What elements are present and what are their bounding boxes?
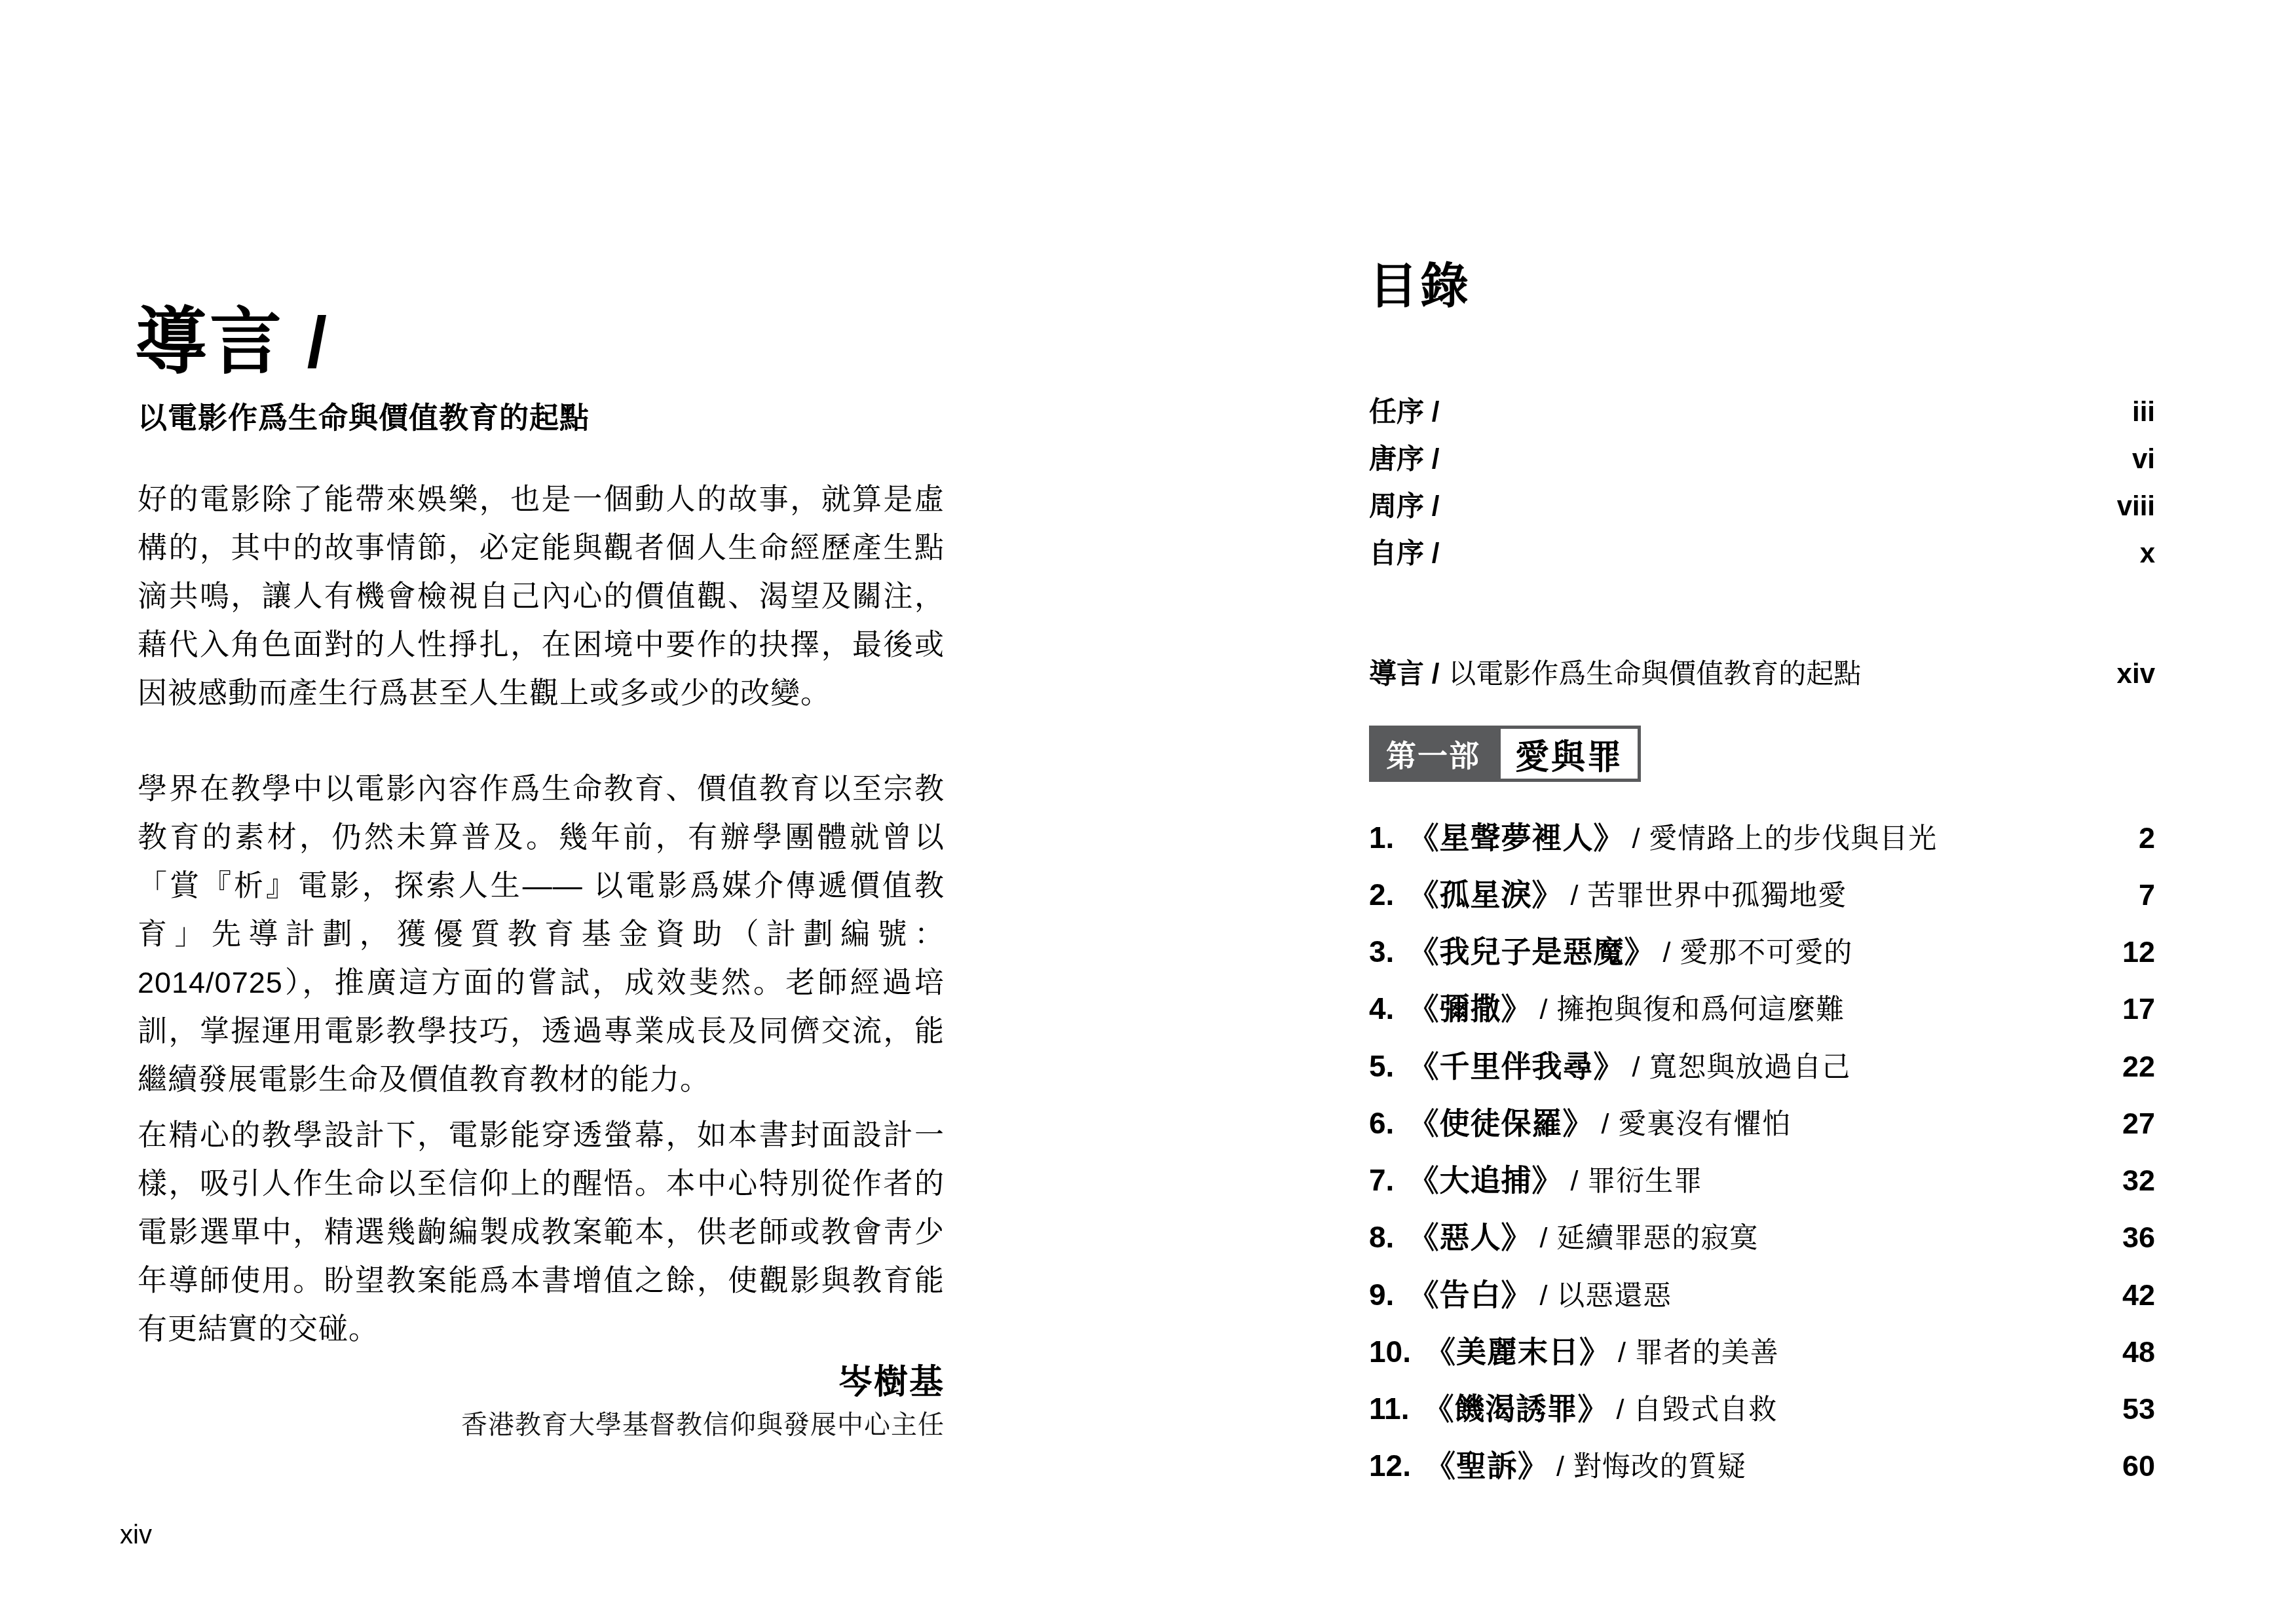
chapter-number: 11. <box>1369 1391 1409 1426</box>
front-matter-label: 自序 / <box>1369 532 1439 571</box>
toc-chapter-row: 2. 《孤星淚》 / 苦罪世界中孤獨地愛 7 <box>1369 871 2155 914</box>
part-title-label: 愛與罪 <box>1497 726 1641 782</box>
part-number-label: 第一部 <box>1369 726 1497 782</box>
chapter-title: 《我兒子是惡魔》 <box>1408 928 1655 971</box>
chapter-subtitle: / 對悔改的質疑 <box>1556 1445 1746 1485</box>
chapter-title: 《美麗末日》 <box>1425 1328 1610 1371</box>
toc-chapter-row: 12. 《聖訴》 / 對悔改的質疑 60 <box>1369 1442 2155 1485</box>
chapter-title: 《大追捕》 <box>1408 1156 1562 1200</box>
toc-intro-description: 以電影作爲生命與價值教育的起點 <box>1448 652 1861 692</box>
intro-page-title: 導言 / <box>135 306 329 378</box>
chapter-page: 27 <box>2122 1107 2155 1141</box>
chapter-page: 60 <box>2122 1449 2155 1483</box>
chapter-page: 2 <box>2139 821 2155 855</box>
chapter-subtitle: / 愛裏沒有懼怕 <box>1601 1102 1791 1142</box>
front-matter-label: 唐序 / <box>1369 437 1439 477</box>
chapter-title: 《聖訴》 <box>1425 1442 1549 1485</box>
chapter-number: 8. <box>1369 1219 1394 1255</box>
intro-paragraph-3: 在精心的教學設計下，電影能穿透螢幕，如本書封面設計一樣，吸引人作生命以至信仰上的… <box>138 1111 945 1354</box>
signature-name: 岑樹基 <box>138 1354 945 1403</box>
chapter-subtitle: / 罪衍生罪 <box>1570 1159 1702 1199</box>
left-page-folio: xiv <box>120 1521 152 1550</box>
chapter-number: 2. <box>1369 877 1394 912</box>
toc-chapter-row: 10. 《美麗末日》 / 罪者的美善 48 <box>1369 1328 2155 1371</box>
chapter-page: 22 <box>2122 1050 2155 1084</box>
toc-front-matter-row: 自序 / x <box>1369 532 2155 571</box>
chapter-subtitle: / 罪者的美善 <box>1618 1331 1779 1371</box>
toc-chapter-row: 5. 《千里伴我尋》 / 寬恕與放過自己 22 <box>1369 1043 2155 1086</box>
chapter-subtitle: / 愛那不可愛的 <box>1662 931 1852 970</box>
toc-chapter-row: 11. 《饑渴誘罪》 / 自毀式自救 53 <box>1369 1385 2155 1428</box>
chapter-number: 10. <box>1369 1334 1411 1369</box>
toc-intro-row: 導言 / 以電影作爲生命與價值教育的起點 xiv <box>1369 652 2155 692</box>
front-matter-label: 周序 / <box>1369 485 1439 524</box>
chapter-number: 12. <box>1369 1448 1411 1483</box>
chapter-title: 《惡人》 <box>1408 1213 1531 1257</box>
chapter-subtitle: / 以惡還惡 <box>1539 1274 1672 1314</box>
chapter-subtitle: / 寬恕與放過自己 <box>1632 1045 1850 1085</box>
toc-chapter-row: 9. 《告白》 / 以惡還惡 42 <box>1369 1271 2155 1314</box>
chapter-title: 《彌撒》 <box>1408 985 1531 1028</box>
toc-front-matter-row: 任序 / iii <box>1369 390 2155 430</box>
chapter-number: 9. <box>1369 1277 1394 1312</box>
intro-page-subtitle: 以電影作爲生命與價值教育的起點 <box>138 394 590 437</box>
front-matter-page: x <box>2140 538 2155 569</box>
toc-front-matter-row: 周序 / viii <box>1369 485 2155 524</box>
chapter-number: 5. <box>1369 1048 1394 1084</box>
chapter-number: 6. <box>1369 1105 1394 1141</box>
toc-chapter-row: 1. 《星聲夢裡人》 / 愛情路上的步伐與目光 2 <box>1369 814 2155 857</box>
chapter-subtitle: / 擁抱與復和爲何這麼難 <box>1539 987 1845 1027</box>
toc-intro-page: xiv <box>2117 658 2155 690</box>
chapter-page: 32 <box>2122 1164 2155 1198</box>
chapter-title: 《孤星淚》 <box>1408 871 1562 914</box>
toc-intro-label: 導言 / <box>1369 652 1439 692</box>
chapter-page: 36 <box>2122 1221 2155 1255</box>
toc-front-matter-row: 唐序 / vi <box>1369 437 2155 477</box>
toc-chapter-row: 6. 《使徒保羅》 / 愛裏沒有懼怕 27 <box>1369 1099 2155 1143</box>
chapter-page: 53 <box>2122 1392 2155 1426</box>
signature-title: 香港教育大學基督教信仰與發展中心主任 <box>138 1404 945 1441</box>
chapter-page: 17 <box>2122 992 2155 1026</box>
front-matter-page: iii <box>2132 396 2155 428</box>
book-spread: 導言 / 以電影作爲生命與價值教育的起點 好的電影除了能帶來娛樂，也是一個動人的… <box>0 0 2290 1624</box>
toc-chapter-row: 3. 《我兒子是惡魔》 / 愛那不可愛的 12 <box>1369 928 2155 971</box>
chapter-number: 1. <box>1369 820 1394 855</box>
chapter-page: 7 <box>2139 878 2155 912</box>
chapter-number: 4. <box>1369 991 1394 1026</box>
chapter-number: 3. <box>1369 934 1394 969</box>
chapter-subtitle: / 愛情路上的步伐與目光 <box>1632 817 1937 857</box>
chapter-subtitle: / 苦罪世界中孤獨地愛 <box>1570 874 1847 913</box>
chapter-page: 42 <box>2122 1278 2155 1312</box>
toc-chapter-row: 8. 《惡人》 / 延續罪惡的寂寞 36 <box>1369 1213 2155 1257</box>
toc-title: 目錄 <box>1369 248 1471 317</box>
front-matter-page: viii <box>2117 490 2155 522</box>
intro-paragraph-2: 學界在教學中以電影內容作爲生命教育、價值教育以至宗教教育的素材，仍然未算普及。幾… <box>138 765 945 1104</box>
part-one-badge: 第一部 愛與罪 <box>1369 726 1641 782</box>
front-matter-label: 任序 / <box>1369 390 1439 430</box>
intro-paragraph-1: 好的電影除了能帶來娛樂，也是一個動人的故事，就算是虛構的，其中的故事情節，必定能… <box>138 475 945 718</box>
toc-chapter-row: 7. 《大追捕》 / 罪衍生罪 32 <box>1369 1156 2155 1200</box>
front-matter-page: vi <box>2132 443 2155 475</box>
chapter-number: 7. <box>1369 1162 1394 1198</box>
chapter-title: 《星聲夢裡人》 <box>1408 814 1624 857</box>
chapter-title: 《告白》 <box>1408 1271 1531 1314</box>
chapter-title: 《使徒保羅》 <box>1408 1099 1593 1143</box>
chapter-title: 《饑渴誘罪》 <box>1423 1385 1608 1428</box>
chapter-page: 12 <box>2122 935 2155 969</box>
chapter-title: 《千里伴我尋》 <box>1408 1043 1624 1086</box>
toc-chapter-row: 4. 《彌撒》 / 擁抱與復和爲何這麼難 17 <box>1369 985 2155 1028</box>
chapter-subtitle: / 延續罪惡的寂寞 <box>1539 1216 1758 1256</box>
chapter-subtitle: / 自毀式自救 <box>1616 1388 1777 1428</box>
chapter-page: 48 <box>2122 1335 2155 1369</box>
